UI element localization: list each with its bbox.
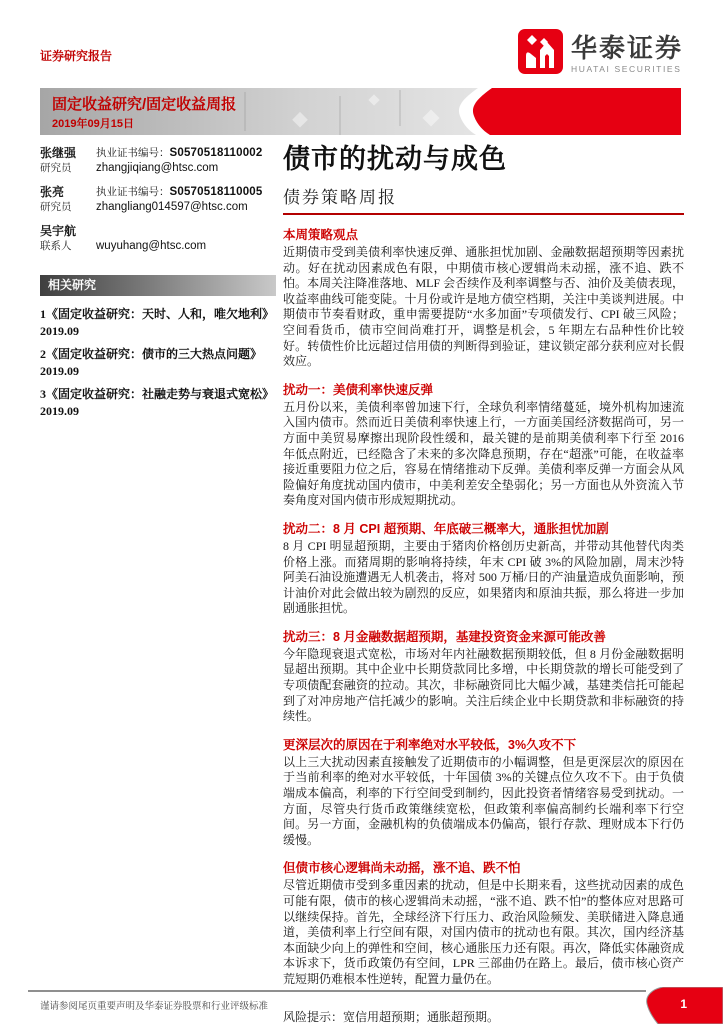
section-heading: 更深层次的原因在于利率绝对水平较低，3%久攻不下 [283, 735, 684, 753]
brand-name-en: HUATAI SECURITIES [571, 65, 683, 74]
title-divider [283, 213, 684, 215]
section-heading: 扰动三：8 月金融数据超预期，基建投资资金来源可能改善 [283, 627, 684, 645]
category-banner: 固定收益研究/固定收益周报 2019年09月15日 [40, 88, 681, 135]
section-disturbance-2: 扰动二：8 月 CPI 超预期、年底破三概率大，通胀担忧加剧 8 月 CPI 明… [283, 519, 684, 617]
research-item-title: 2《固定收益研究：债市的三大热点问题》 [40, 347, 262, 361]
footer-divider [28, 990, 646, 992]
analyst-role: 研究员 [40, 161, 96, 176]
analyst-email[interactable]: wuyuhang@htsc.com [96, 239, 276, 254]
related-research-list: 1《固定收益研究：天时、人和，唯欠地利》 2019.09 2《固定收益研究：债市… [40, 306, 276, 419]
report-page: 证券研究报告 华泰证券 HUATAI SECURITIES [0, 0, 723, 1024]
analyst-row: 张亮 研究员 执业证书编号：S0570518110005 zhangliang0… [40, 185, 276, 215]
section-heading: 扰动二：8 月 CPI 超预期、年底破三概率大，通胀担忧加剧 [283, 519, 684, 537]
report-category-label: 固定收益研究/固定收益周报 [52, 93, 236, 114]
analyst-email[interactable]: zhangjiqiang@htsc.com [96, 161, 276, 176]
section-body: 以上三大扰动因素直接触发了近期债市的小幅调整，但是更深层次的原因在于当前利率的绝… [283, 755, 684, 849]
section-core-logic: 但债市核心逻辑尚未动摇，涨不追、跌不怕 尽管近期债市受到多重因素的扰动，但是中长… [283, 858, 684, 987]
analyst-row: 张继强 研究员 执业证书编号：S0570518110002 zhangjiqia… [40, 146, 276, 176]
sidebar: 张继强 研究员 执业证书编号：S0570518110002 zhangjiqia… [40, 146, 276, 426]
analyst-name: 吴宇航 [40, 224, 96, 239]
analyst-row: 吴宇航 联系人 wuyuhang@htsc.com [40, 224, 276, 254]
page-number: 1 [680, 997, 687, 1011]
cert-number: S0570518110002 [170, 147, 263, 159]
analyst-name: 张亮 [40, 185, 96, 200]
section-heading: 扰动一：美债利率快速反弹 [283, 380, 684, 398]
analyst-email[interactable]: zhangliang014597@htsc.com [96, 200, 276, 215]
huatai-logo-icon [518, 29, 563, 79]
report-type-label: 证券研究报告 [40, 47, 112, 64]
risk-note: 风险提示：宽信用超预期；通胀超预期。 [283, 1008, 684, 1024]
research-item-date: 2019.09 [40, 323, 276, 340]
section-body: 五月份以来，美债利率曾加速下行，全球负利率情绪蔓延，境外机构加速流入国内债市。然… [283, 400, 684, 509]
footer-disclaimer: 谨请参阅尾页重要声明及华泰证券股票和行业评级标准 [40, 998, 268, 1012]
report-date: 2019年09月15日 [52, 115, 134, 131]
analyst-role: 联系人 [40, 239, 96, 254]
research-item-date: 2019.09 [40, 363, 276, 380]
research-item[interactable]: 2《固定收益研究：债市的三大热点问题》 2019.09 [40, 346, 276, 379]
section-body: 尽管近期债市受到多重因素的扰动，但是中长期来看，这些扰动因素的成色可能有限，债市… [283, 878, 684, 987]
page-subtitle: 债券策略周报 [283, 183, 684, 208]
brand-logo: 华泰证券 HUATAI SECURITIES [518, 29, 683, 79]
research-item[interactable]: 1《固定收益研究：天时、人和，唯欠地利》 2019.09 [40, 306, 276, 339]
related-research-header: 相关研究 [40, 275, 276, 296]
research-item-date: 2019.09 [40, 403, 276, 420]
section-heading: 本周策略观点 [283, 225, 684, 243]
page-title: 债市的扰动与成色 [283, 137, 684, 176]
section-disturbance-3: 扰动三：8 月金融数据超预期，基建投资资金来源可能改善 今年隐现衰退式宽松，市场… [283, 627, 684, 725]
cert-number: S0570518110005 [170, 186, 263, 198]
section-body: 今年隐现衰退式宽松，市场对年内社融数据预期较低，但 8 月份金融数据明显超出预期… [283, 647, 684, 725]
cert-label: 执业证书编号： [96, 148, 170, 159]
section-body: 近期债市受到美债利率快速反弹、通胀担忧加剧、金融数据超预期等因素扰动。好在扰动因… [283, 245, 684, 370]
section-body: 8 月 CPI 明显超预期，主要由于猪肉价格创历史新高，并带动其他替代肉类价格上… [283, 539, 684, 617]
analyst-name: 张继强 [40, 146, 96, 161]
research-item-title: 1《固定收益研究：天时、人和，唯欠地利》 [40, 307, 274, 321]
section-disturbance-1: 扰动一：美债利率快速反弹 五月份以来，美债利率曾加速下行，全球负利率情绪蔓延，境… [283, 380, 684, 509]
section-deeper-reason: 更深层次的原因在于利率绝对水平较低，3%久攻不下 以上三大扰动因素直接触发了近期… [283, 735, 684, 849]
cert-label: 执业证书编号： [96, 187, 170, 198]
main-content: 债市的扰动与成色 债券策略周报 本周策略观点 近期债市受到美债利率快速反弹、通胀… [283, 137, 684, 1024]
analyst-role: 研究员 [40, 200, 96, 215]
research-item-title: 3《固定收益研究：社融走势与衰退式宽松》 [40, 387, 274, 401]
section-heading: 但债市核心逻辑尚未动摇，涨不追、跌不怕 [283, 858, 684, 876]
section-weekly-view: 本周策略观点 近期债市受到美债利率快速反弹、通胀担忧加剧、金融数据超预期等因素扰… [283, 225, 684, 370]
brand-name-cn: 华泰证券 [571, 35, 683, 61]
research-item[interactable]: 3《固定收益研究：社融走势与衰退式宽松》 2019.09 [40, 386, 276, 419]
